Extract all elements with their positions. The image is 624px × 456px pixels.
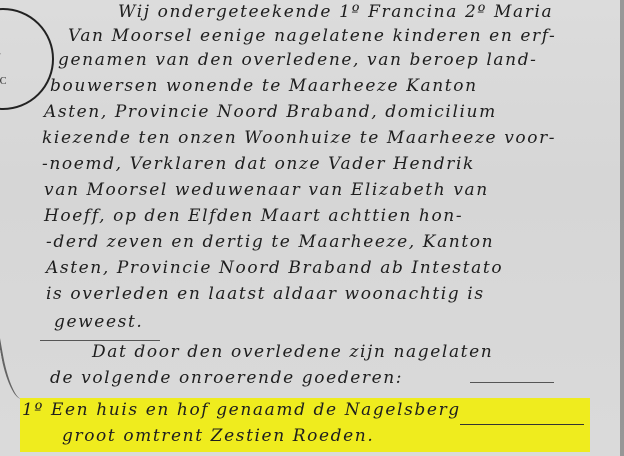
highlighted-line: groot omtrent Zestien Roeden.: [62, 426, 374, 446]
text-line: is overleden en laatst aldaar woonachtig…: [46, 284, 485, 304]
official-stamp: BRABAND. OPC: [0, 8, 54, 110]
text-line: de volgende onroerende goederen:: [50, 368, 403, 388]
text-line: geweest.: [54, 312, 143, 332]
document-page: BRABAND. OPC Wij ondergeteekende 1º Fran…: [0, 0, 624, 456]
text-line: Van Moorsel eenige nagelatene kinderen e…: [68, 26, 556, 46]
text-line: -noemd, Verklaren dat onze Vader Hendrik: [42, 154, 475, 174]
stamp-top-text: BRABAND.: [0, 22, 5, 58]
page-edge: [620, 0, 624, 456]
highlighted-line: 1º Een huis en hof genaamd de Nagelsberg: [22, 400, 461, 420]
text-line: kiezende ten onzen Woonhuize te Maarheez…: [42, 128, 556, 148]
text-line: bouwersen wonende te Maarheeze Kanton: [50, 76, 478, 96]
stamp-bottom-text: OPC: [0, 76, 7, 87]
ruled-line: [460, 424, 584, 425]
text-line: Asten, Provincie Noord Braband, domicili…: [44, 102, 497, 122]
text-line: Hoeff, op den Elfden Maart achttien hon-: [44, 206, 463, 226]
margin-flourish: [0, 319, 31, 402]
text-line: genamen van den overledene, van beroep l…: [58, 50, 538, 70]
ruled-line: [40, 340, 160, 341]
text-line: Wij ondergeteekende 1º Francina 2º Maria: [118, 2, 553, 22]
ruled-line: [470, 382, 554, 383]
text-line: -derd zeven en dertig te Maarheeze, Kant…: [46, 232, 494, 252]
text-line: van Moorsel weduwenaar van Elizabeth van: [44, 180, 489, 200]
text-line: Dat door den overledene zijn nagelaten: [92, 342, 493, 362]
text-line: Asten, Provincie Noord Braband ab Intest…: [46, 258, 503, 278]
